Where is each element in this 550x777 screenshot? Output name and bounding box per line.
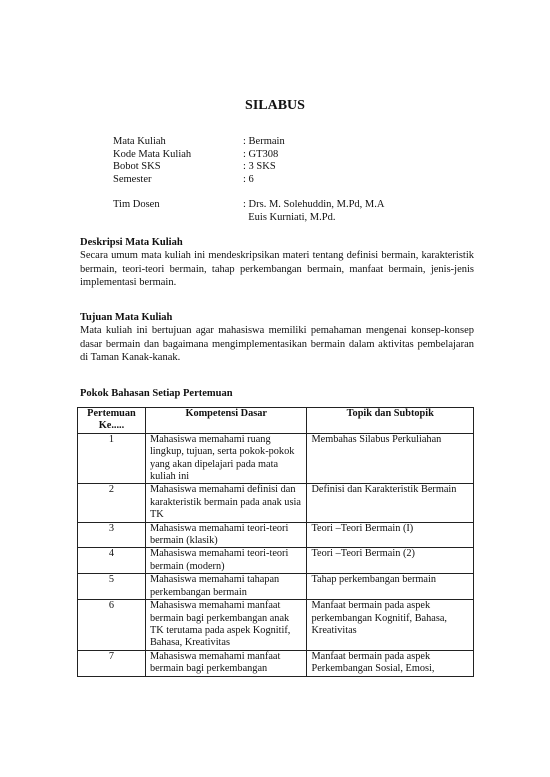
tujuan-section: Tujuan Mata Kuliah Mata kuliah ini bertu… [80,311,474,365]
section-heading: Deskripsi Mata Kuliah [80,236,474,249]
kompetensi-cell: Mahasiswa memahami ruang lingkup, tujuan… [145,433,307,484]
column-header: Pertemuan Ke..... [78,408,146,434]
meta-row-dosen-2: Euis Kurniati, M.Pd. [113,212,384,225]
section-heading: Pokok Bahasan Setiap Pertemuan [80,387,474,400]
meta-label: Bobot SKS [113,161,243,174]
meta-label: Semester [113,174,243,187]
meta-value: : Bermain [243,136,285,149]
meta-value: : Drs. M. Solehuddin, M.Pd, M.A [243,199,384,212]
column-header: Topik dan Subtopik [307,408,474,434]
pokok-section: Pokok Bahasan Setiap Pertemuan [80,387,474,400]
meta-row-semester: Semester : 6 [113,174,384,187]
pertemuan-cell: 6 [78,600,146,651]
pokok-bahasan-table: Pertemuan Ke..... Kompetensi Dasar Topik… [77,407,474,677]
kompetensi-cell: Mahasiswa memahami tahapan perkembangan … [145,574,307,600]
pertemuan-cell: 7 [78,650,146,676]
meta-row-bobot: Bobot SKS : 3 SKS [113,161,384,174]
table-row: 2Mahasiswa memahami definisi dan karakte… [78,484,474,522]
pertemuan-cell: 4 [78,548,146,574]
topik-cell: Tahap perkembangan bermain [307,574,474,600]
column-header: Kompetensi Dasar [145,408,307,434]
document-title: SILABUS [0,98,550,114]
kompetensi-cell: Mahasiswa memahami teori-teori bermain (… [145,522,307,548]
section-heading: Tujuan Mata Kuliah [80,311,474,324]
table-row: 1Mahasiswa memahami ruang lingkup, tujua… [78,433,474,484]
kompetensi-cell: Mahasiswa memahami definisi dan karakter… [145,484,307,522]
meta-value: : 6 [243,174,254,187]
meta-row-dosen: Tim Dosen : Drs. M. Solehuddin, M.Pd, M.… [113,199,384,212]
topik-cell: Manfaat bermain pada aspek perkembangan … [307,600,474,651]
table-row: 3Mahasiswa memahami teori-teori bermain … [78,522,474,548]
table-row: 5Mahasiswa memahami tahapan perkembangan… [78,574,474,600]
section-text: Secara umum mata kuliah ini mendeskripsi… [80,249,474,289]
kompetensi-cell: Mahasiswa memahami teori-teori bermain (… [145,548,307,574]
topik-cell: Teori –Teori Bermain (2) [307,548,474,574]
pertemuan-cell: 5 [78,574,146,600]
kompetensi-cell: Mahasiswa memahami manfaat bermain bagi … [145,600,307,651]
meta-value: : GT308 [243,149,278,162]
meta-label: Kode Mata Kuliah [113,149,243,162]
meta-value: : 3 SKS [243,161,276,174]
pertemuan-cell: 2 [78,484,146,522]
section-text: Mata kuliah ini bertujuan agar mahasiswa… [80,324,474,364]
meta-value: Euis Kurniati, M.Pd. [243,212,335,225]
deskripsi-section: Deskripsi Mata Kuliah Secara umum mata k… [80,236,474,290]
course-meta: Mata Kuliah : Bermain Kode Mata Kuliah :… [113,136,384,225]
meta-label: Tim Dosen [113,199,243,212]
pertemuan-cell: 3 [78,522,146,548]
meta-row-mata-kuliah: Mata Kuliah : Bermain [113,136,384,149]
meta-row-kode: Kode Mata Kuliah : GT308 [113,149,384,162]
topik-cell: Teori –Teori Bermain (I) [307,522,474,548]
table-header-row: Pertemuan Ke..... Kompetensi Dasar Topik… [78,408,474,434]
table-row: 7Mahasiswa memahami manfaat bermain bagi… [78,650,474,676]
topik-cell: Membahas Silabus Perkuliahan [307,433,474,484]
meta-label: Mata Kuliah [113,136,243,149]
topik-cell: Manfaat bermain pada aspek Perkembangan … [307,650,474,676]
kompetensi-cell: Mahasiswa memahami manfaat bermain bagi … [145,650,307,676]
table-row: 6Mahasiswa memahami manfaat bermain bagi… [78,600,474,651]
pertemuan-cell: 1 [78,433,146,484]
topik-cell: Definisi dan Karakteristik Bermain [307,484,474,522]
table-row: 4Mahasiswa memahami teori-teori bermain … [78,548,474,574]
